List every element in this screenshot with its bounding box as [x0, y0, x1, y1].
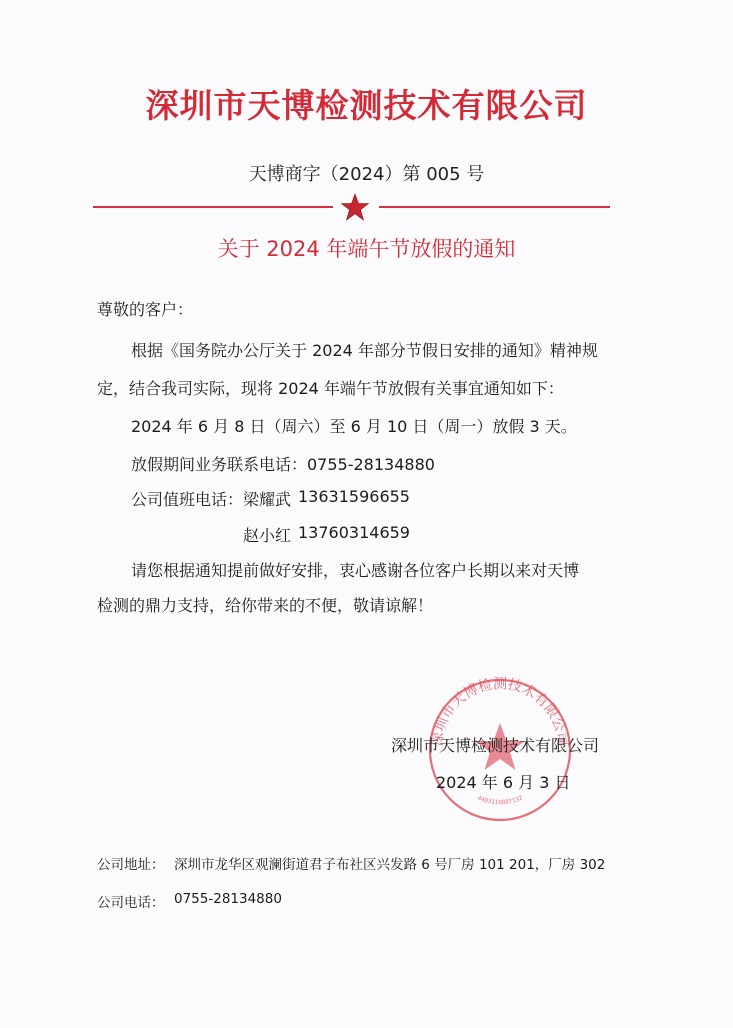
duty-contact-name: 梁耀武 — [243, 487, 291, 510]
footer-phone: 0755-28134880 — [174, 891, 282, 907]
salutation: 尊敬的客户： — [97, 297, 193, 320]
holiday-dates: 2024 年 6 月 8 日（周六）至 6 月 10 日（周一）放假 3 天。 — [131, 414, 577, 437]
footer-address: 深圳市龙华区观澜街道君子布社区兴发路 6 号厂房 101 201，厂房 302 — [174, 853, 605, 873]
footer-phone-label: 公司电话： — [97, 891, 165, 911]
document-number: 天博商字（2024）第 005 号 — [0, 160, 733, 186]
header-rule-left — [93, 206, 333, 208]
footer-address-label: 公司地址： — [97, 853, 165, 873]
paragraph-1-line-2: 定，结合我司实际，现将 2024 年端午节放假有关事宜通知如下： — [97, 376, 564, 399]
paragraph-1-line-1: 根据《国务院办公厅关于 2024 年部分节假日安排的通知》精神规 — [131, 338, 598, 361]
closing-line-2: 检测的鼎力支持，给你带来的不便，敬请谅解！ — [97, 593, 433, 616]
notice-title: 关于 2024 年端午节放假的通知 — [0, 233, 733, 263]
signature-company: 深圳市天博检测技术有限公司 — [391, 733, 599, 756]
duty-contact-name: 赵小红 — [243, 523, 291, 546]
duty-contact-phone: 13760314659 — [298, 523, 410, 542]
business-phone: 放假期间业务联系电话：0755-28134880 — [131, 452, 435, 475]
duty-contact-phone: 13631596655 — [298, 487, 410, 506]
header-rule-right — [379, 206, 610, 208]
duty-phone-label: 公司值班电话： — [131, 487, 243, 510]
signature-date: 2024 年 6 月 3 日 — [436, 770, 571, 793]
company-title: 深圳市天博检测技术有限公司 — [0, 80, 733, 127]
svg-text:4403110807132: 4403110807132 — [476, 795, 524, 807]
closing-line-1: 请您根据通知提前做好安排，衷心感谢各位客户长期以来对天博 — [131, 558, 579, 581]
red-star-icon — [340, 193, 370, 221]
